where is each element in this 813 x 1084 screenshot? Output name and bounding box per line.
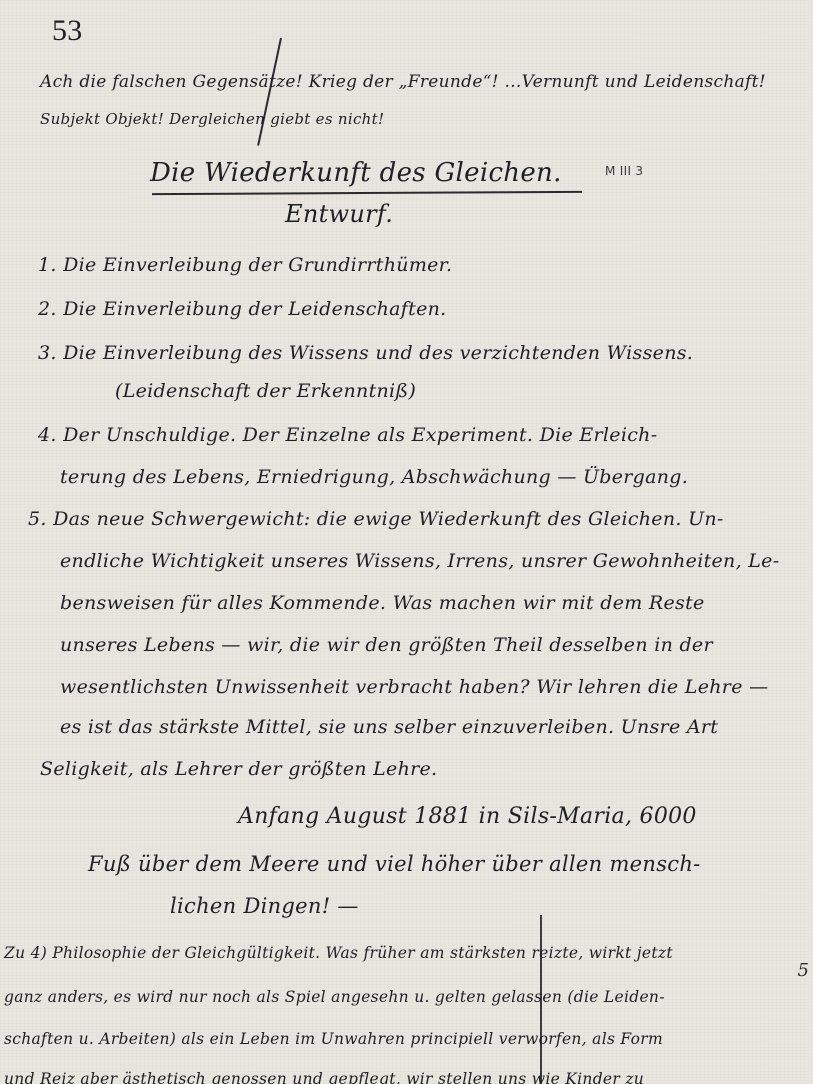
note-line-3: schaften u. Arbeiten) als ein Leben im U… <box>4 1030 663 1048</box>
item-4-line-1: 4. Der Unschuldige. Der Einzelne als Exp… <box>38 424 657 446</box>
header-line-1: Ach die falschen Gegensätze! Krieg der „… <box>40 72 766 92</box>
manuscript-page: 53 Ach die falschen Gegensätze! Krieg de… <box>0 0 813 1084</box>
item-1: 1. Die Einverleibung der Grundirrthümer. <box>38 254 452 276</box>
header-line-2: Subjekt Objekt! Dergleichen giebt es nic… <box>40 110 384 128</box>
margin-mark: 5 <box>798 960 809 981</box>
item-5-line-5: wesentlichsten Unwissenheit verbracht ha… <box>60 676 768 698</box>
item-3-note: (Leidenschaft der Erkenntniß) <box>115 380 416 402</box>
item-5-line-6: es ist das stärkste Mittel, sie uns selb… <box>60 716 718 738</box>
dateline: Anfang August 1881 in Sils-Maria, 6000 <box>238 804 697 829</box>
closing-line-2: lichen Dingen! — <box>170 894 359 918</box>
item-4-line-2: terung des Lebens, Erniedrigung, Abschwä… <box>60 466 688 488</box>
archive-mark: M III 3 <box>605 164 643 178</box>
item-5-line-1: 5. Das neue Schwergewicht: die ewige Wie… <box>28 508 724 530</box>
closing-line-1: Fuß über dem Meere und viel höher über a… <box>88 852 701 876</box>
manuscript-subtitle: Entwurf. <box>285 200 393 228</box>
item-3: 3. Die Einverleibung des Wissens und des… <box>38 342 693 364</box>
title-underline <box>152 191 582 195</box>
item-5-line-2: endliche Wichtigkeit unseres Wissens, Ir… <box>60 550 779 572</box>
note-line-1: Zu 4) Philosophie der Gleichgültigkeit. … <box>4 944 673 962</box>
item-2: 2. Die Einverleibung der Leidenschaften. <box>38 298 447 320</box>
note-line-4: und Reiz aber ästhetisch genossen und ge… <box>4 1070 644 1084</box>
item-5-line-7: Seligkeit, als Lehrer der größten Lehre. <box>40 758 437 780</box>
item-5-line-3: bensweisen für alles Kommende. Was mache… <box>60 592 705 614</box>
note-line-2: ganz anders, es wird nur noch als Spiel … <box>4 988 665 1006</box>
page-number: 53 <box>52 14 83 48</box>
item-5-line-4: unseres Lebens — wir, die wir den größte… <box>60 634 713 656</box>
manuscript-title: Die Wiederkunft des Gleichen. <box>150 158 562 188</box>
